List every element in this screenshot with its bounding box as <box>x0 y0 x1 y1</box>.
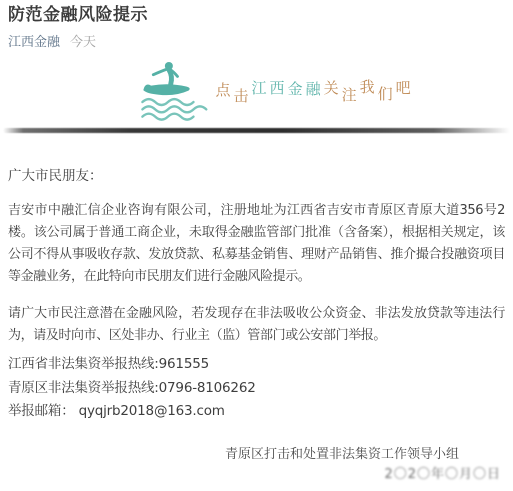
follow-banner-text: 点击江西金融关注我们吧 <box>214 79 412 98</box>
banner-char: 击 <box>234 87 249 105</box>
signature-date: 2〇2〇年〇月〇日 <box>0 467 513 483</box>
banner-char: 我 <box>360 78 375 96</box>
signature-org: 青原区打击和处置非法集资工作领导小组 <box>0 446 513 463</box>
banner-char: 关 <box>324 79 339 97</box>
hotline-district: 青原区非法集资举报热线:0796-8106262 <box>8 377 505 401</box>
publish-time: 今天 <box>70 35 96 50</box>
banner-char: 西 <box>270 79 285 97</box>
salutation: 广大市民朋友： <box>8 167 505 185</box>
banner-char: 金 <box>288 80 303 98</box>
divider-line <box>3 128 510 133</box>
banner-char: 们 <box>378 85 393 103</box>
hotline-province: 江西省非法集资举报热线:961555 <box>8 353 505 377</box>
article-title: 防范金融风险提示 <box>8 4 505 26</box>
follow-banner[interactable]: 点击江西金融关注我们吧 <box>0 57 513 127</box>
banner-char: 吧 <box>396 79 411 97</box>
article-meta: 江西金融今天 <box>8 35 505 51</box>
banner-char: 注 <box>342 86 357 104</box>
article-page: 防范金融风险提示 江西金融今天 点击江西金融关注我们吧 广大市民朋友： 吉安市中… <box>0 0 513 491</box>
paragraph-company-notice: 吉安市中融汇信企业咨询有限公司，注册地址为江西省吉安市青原区青原大道356号2楼… <box>8 200 505 288</box>
report-contact-list: 江西省非法集资举报热线:961555 青原区非法集资举报热线:0796-8106… <box>8 353 505 424</box>
surfer-waves-logo-icon <box>136 58 220 126</box>
account-name-link[interactable]: 江西金融 <box>8 35 60 50</box>
banner-char: 点 <box>216 81 231 99</box>
banner-char: 江 <box>252 79 267 97</box>
banner-char: 融 <box>306 80 321 98</box>
report-email: 举报邮箱： qyqjrb2018@163.com <box>8 400 505 424</box>
paragraph-risk-warning: 请广大市民注意潜在金融风险，若发现存在非法吸收公众资金、非法发放贷款等违法行为，… <box>8 303 505 347</box>
